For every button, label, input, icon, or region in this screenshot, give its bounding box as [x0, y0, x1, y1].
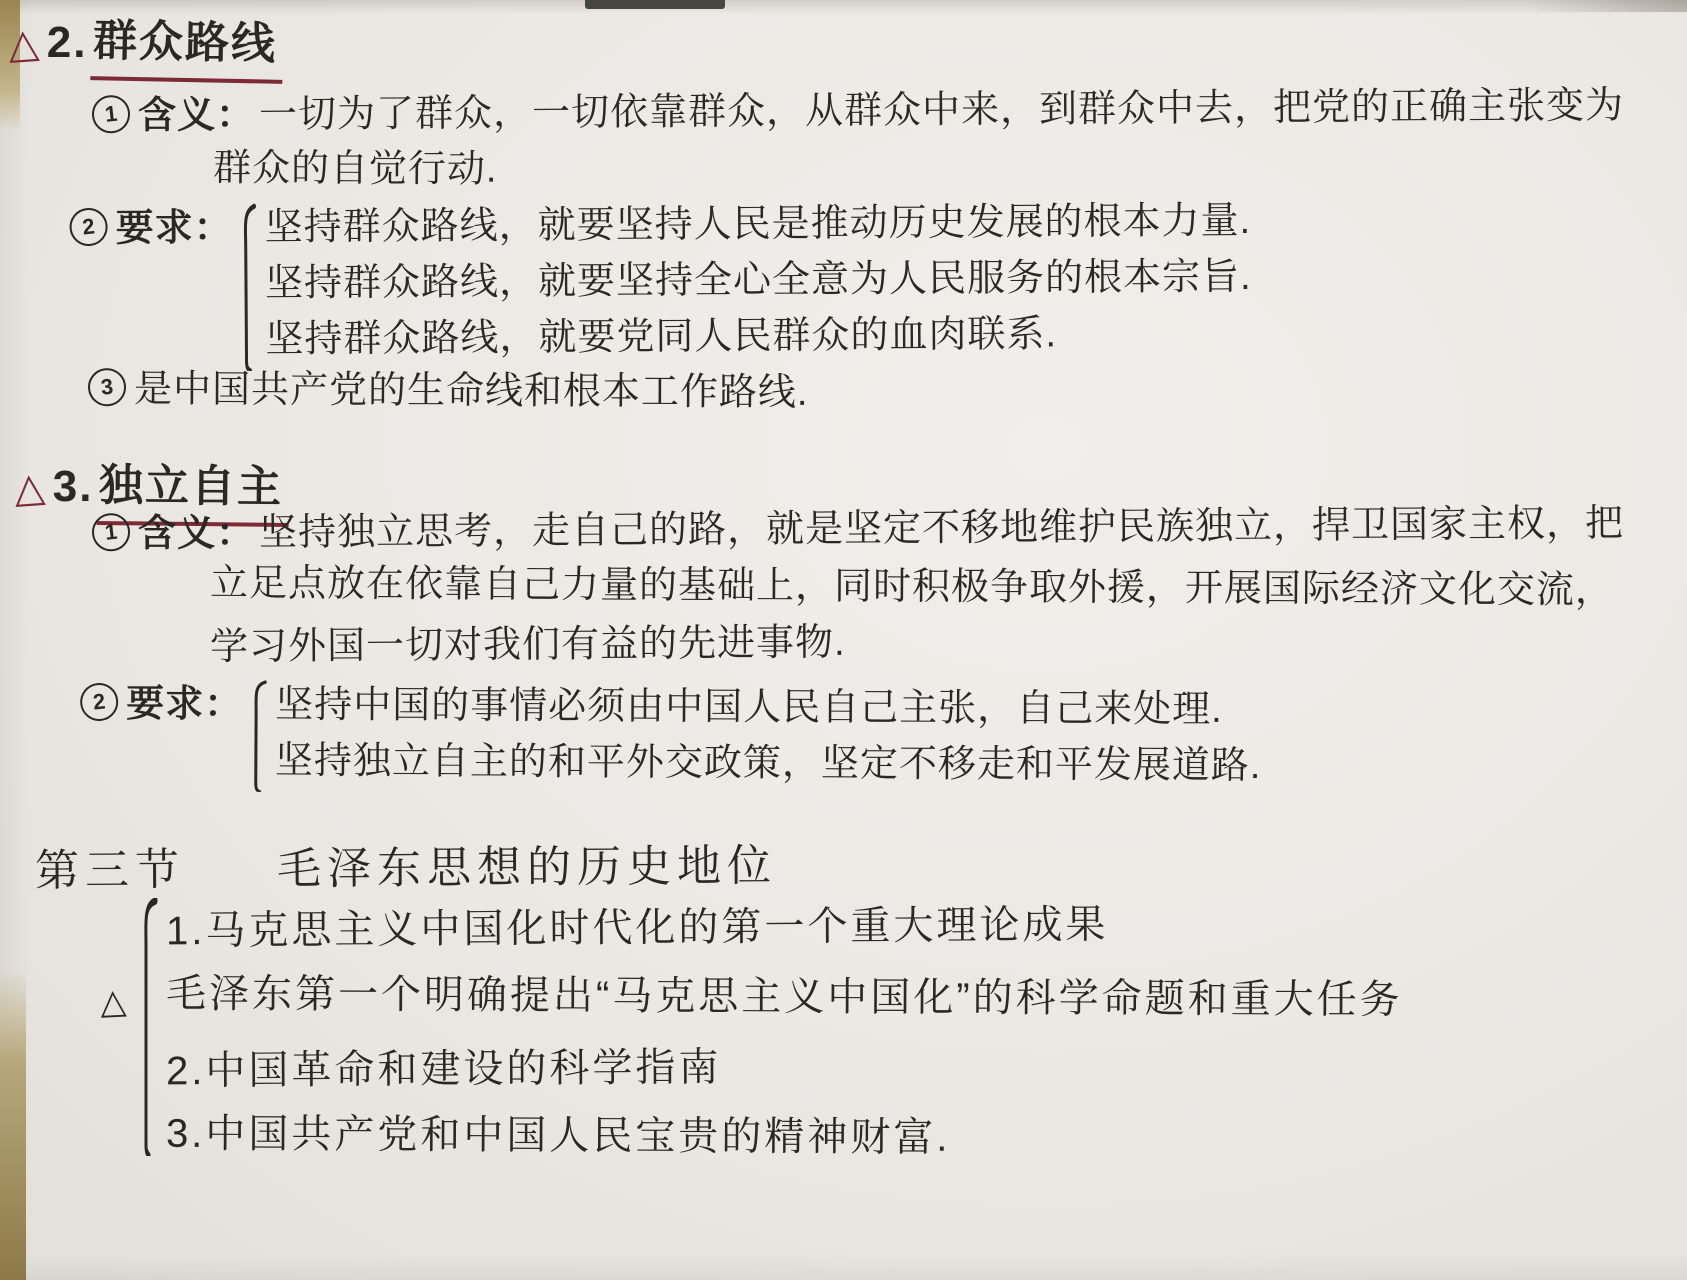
- definition-row: 1 含义：坚持独立思考，走自己的路，就是坚定不移地维护民族独立，捍卫国家主权，把: [92, 497, 1624, 562]
- note-line: 一切为了群众，一切依靠群众，从群众中来，到群众中去，把党的正确主张变为: [259, 85, 1624, 137]
- curly-brace-icon: [247, 680, 270, 792]
- circled-number-icon: 3: [86, 366, 128, 408]
- note-line: 坚持群众路线，就要坚持人民是推动历史发展的根本力量.: [264, 194, 1251, 255]
- note-line: 坚持独立思考，走自己的路，就是坚定不移地维护民族独立，捍卫国家主权，把: [259, 503, 1624, 555]
- board-edge-top-right: [1527, 0, 1687, 12]
- note-line: 坚持群众路线，就要党同人民群众的血肉联系.: [265, 306, 1252, 367]
- requirements-row: 2 要求： 坚持群众路线，就要坚持人民是推动历史发展的根本力量. 坚持群众路线，…: [69, 194, 1252, 372]
- chapter-title: 毛泽东思想的历史地位: [277, 829, 777, 896]
- chapter-label: 第三节: [35, 834, 185, 899]
- circled-number-icon: 1: [90, 511, 132, 553]
- note-line: 群众的自觉行动.: [213, 141, 498, 196]
- requirements-row: 2 要求： 坚持中国的事情必须由中国人民自己主张，自己来处理. 坚持独立自主的和…: [80, 677, 1262, 797]
- board-edge-top-mark: [585, 0, 725, 9]
- item-label: 含义：: [138, 512, 255, 555]
- note-line: 立足点放在依靠自己力量的基础上，同时积极争取外援，开展国际经济文化交流，: [210, 556, 1614, 617]
- note-line: 毛泽东第一个明确提出“马克思主义中国化”的科学命题和重大任务: [166, 963, 1403, 1031]
- handwritten-notes-photo: △2.群众路线 1 含义：一切为了群众，一切依靠群众，从群众中来，到群众中去，把…: [0, 0, 1687, 1280]
- note-line: 2.中国革命和建设的科学指南: [166, 1032, 1403, 1103]
- item-label: 要求：: [115, 201, 232, 256]
- circled-number-icon: 2: [68, 206, 110, 248]
- historical-status-list: △ 1.马克思主义中国化时代化的第一个重大理论成果 毛泽东第一个明确提出“马克思…: [100, 896, 1403, 1168]
- note-line: 学习外国一切对我们有益的先进事物.: [210, 616, 846, 674]
- triangle-marker: △: [6, 20, 42, 68]
- definition-row: 1 含义：一切为了群众，一切依靠群众，从群众中来，到群众中去，把党的正确主张变为: [92, 79, 1624, 144]
- triangle-marker: △: [99, 981, 127, 1022]
- curly-brace-icon: [136, 898, 160, 1156]
- section-number: 2.: [47, 18, 88, 67]
- circled-number-icon: 1: [90, 93, 132, 135]
- board-edge-bottom-left: [0, 970, 26, 1280]
- lifeline-row: 3 是中国共产党的生命线和根本工作路线.: [88, 362, 809, 420]
- note-line: 1.马克思主义中国化时代化的第一个重大理论成果: [166, 892, 1403, 963]
- chapter-heading: 第三节 毛泽东思想的历史地位: [35, 829, 777, 898]
- triangle-marker: △: [12, 464, 48, 512]
- item-label: 含义：: [138, 94, 255, 137]
- note-line: 坚持独立自主的和平外交政策，坚定不移走和平发展道路.: [275, 734, 1262, 793]
- note-line: 是中国共产党的生命线和根本工作路线.: [134, 362, 809, 420]
- note-line: 坚持中国的事情必须由中国人民自己主张，自己来处理.: [275, 678, 1262, 737]
- curly-brace-icon: [236, 203, 259, 371]
- circled-number-icon: 2: [78, 681, 120, 723]
- section-number: 3.: [53, 462, 94, 511]
- note-line: 坚持群众路线，就要坚持全心全意为人民服务的根本宗旨.: [265, 250, 1252, 311]
- item-label: 要求：: [126, 677, 243, 732]
- section-heading-mass-line: △2.群众路线: [8, 6, 283, 82]
- section-title: 群众路线: [91, 4, 284, 84]
- note-line: 3.中国共产党和中国人民宝贵的精神财富.: [166, 1103, 1403, 1171]
